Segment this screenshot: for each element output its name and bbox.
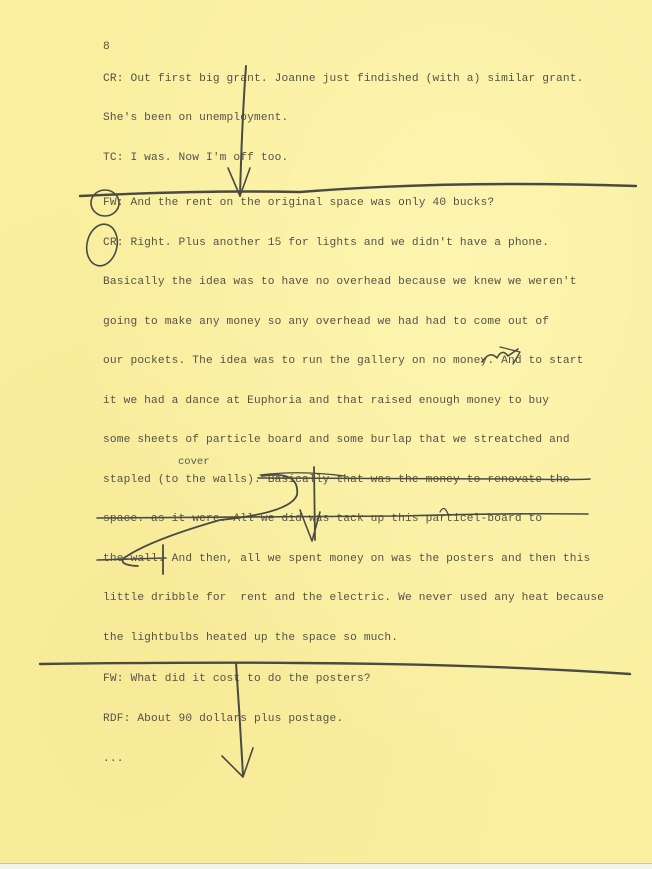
typed-page: 8 CR: Out first big grant. Joanne just f…: [0, 0, 652, 864]
transcript-line: space. as it were. All we did was tack u…: [103, 513, 542, 525]
transcript-line: the lightbulbs heated up the space so mu…: [103, 632, 398, 644]
transcript-line: She's been on unemployment.: [103, 112, 288, 124]
transcript-line: our pockets. The idea was to run the gal…: [103, 355, 583, 367]
transcript-line: the wall. And then, all we spent money o…: [103, 553, 590, 565]
transcript-line: some sheets of particle board and some b…: [103, 434, 570, 446]
transcript-line: stapled (to the walls). Basically that w…: [103, 474, 570, 486]
inserted-word: cover: [178, 456, 210, 468]
transcript-line: TC: I was. Now I'm off too.: [103, 152, 288, 164]
transcript-line: FW: And the rent on the original space w…: [103, 197, 494, 209]
transcript-line: Basically the idea was to have no overhe…: [103, 276, 577, 288]
page-number: 8: [103, 41, 110, 53]
transcript-line: CR: Right. Plus another 15 for lights an…: [103, 237, 549, 249]
ellipsis: ...: [103, 753, 124, 765]
transcript-line: FW: What did it cost to do the posters?: [103, 673, 371, 685]
transcript-line: it we had a dance at Euphoria and that r…: [103, 395, 549, 407]
transcript-line: RDF: About 90 dollars plus postage.: [103, 713, 343, 725]
transcript-line: CR: Out first big grant. Joanne just fin…: [103, 73, 583, 85]
transcript-line: little dribble for rent and the electric…: [103, 592, 604, 604]
transcript-line: going to make any money so any overhead …: [103, 316, 549, 328]
